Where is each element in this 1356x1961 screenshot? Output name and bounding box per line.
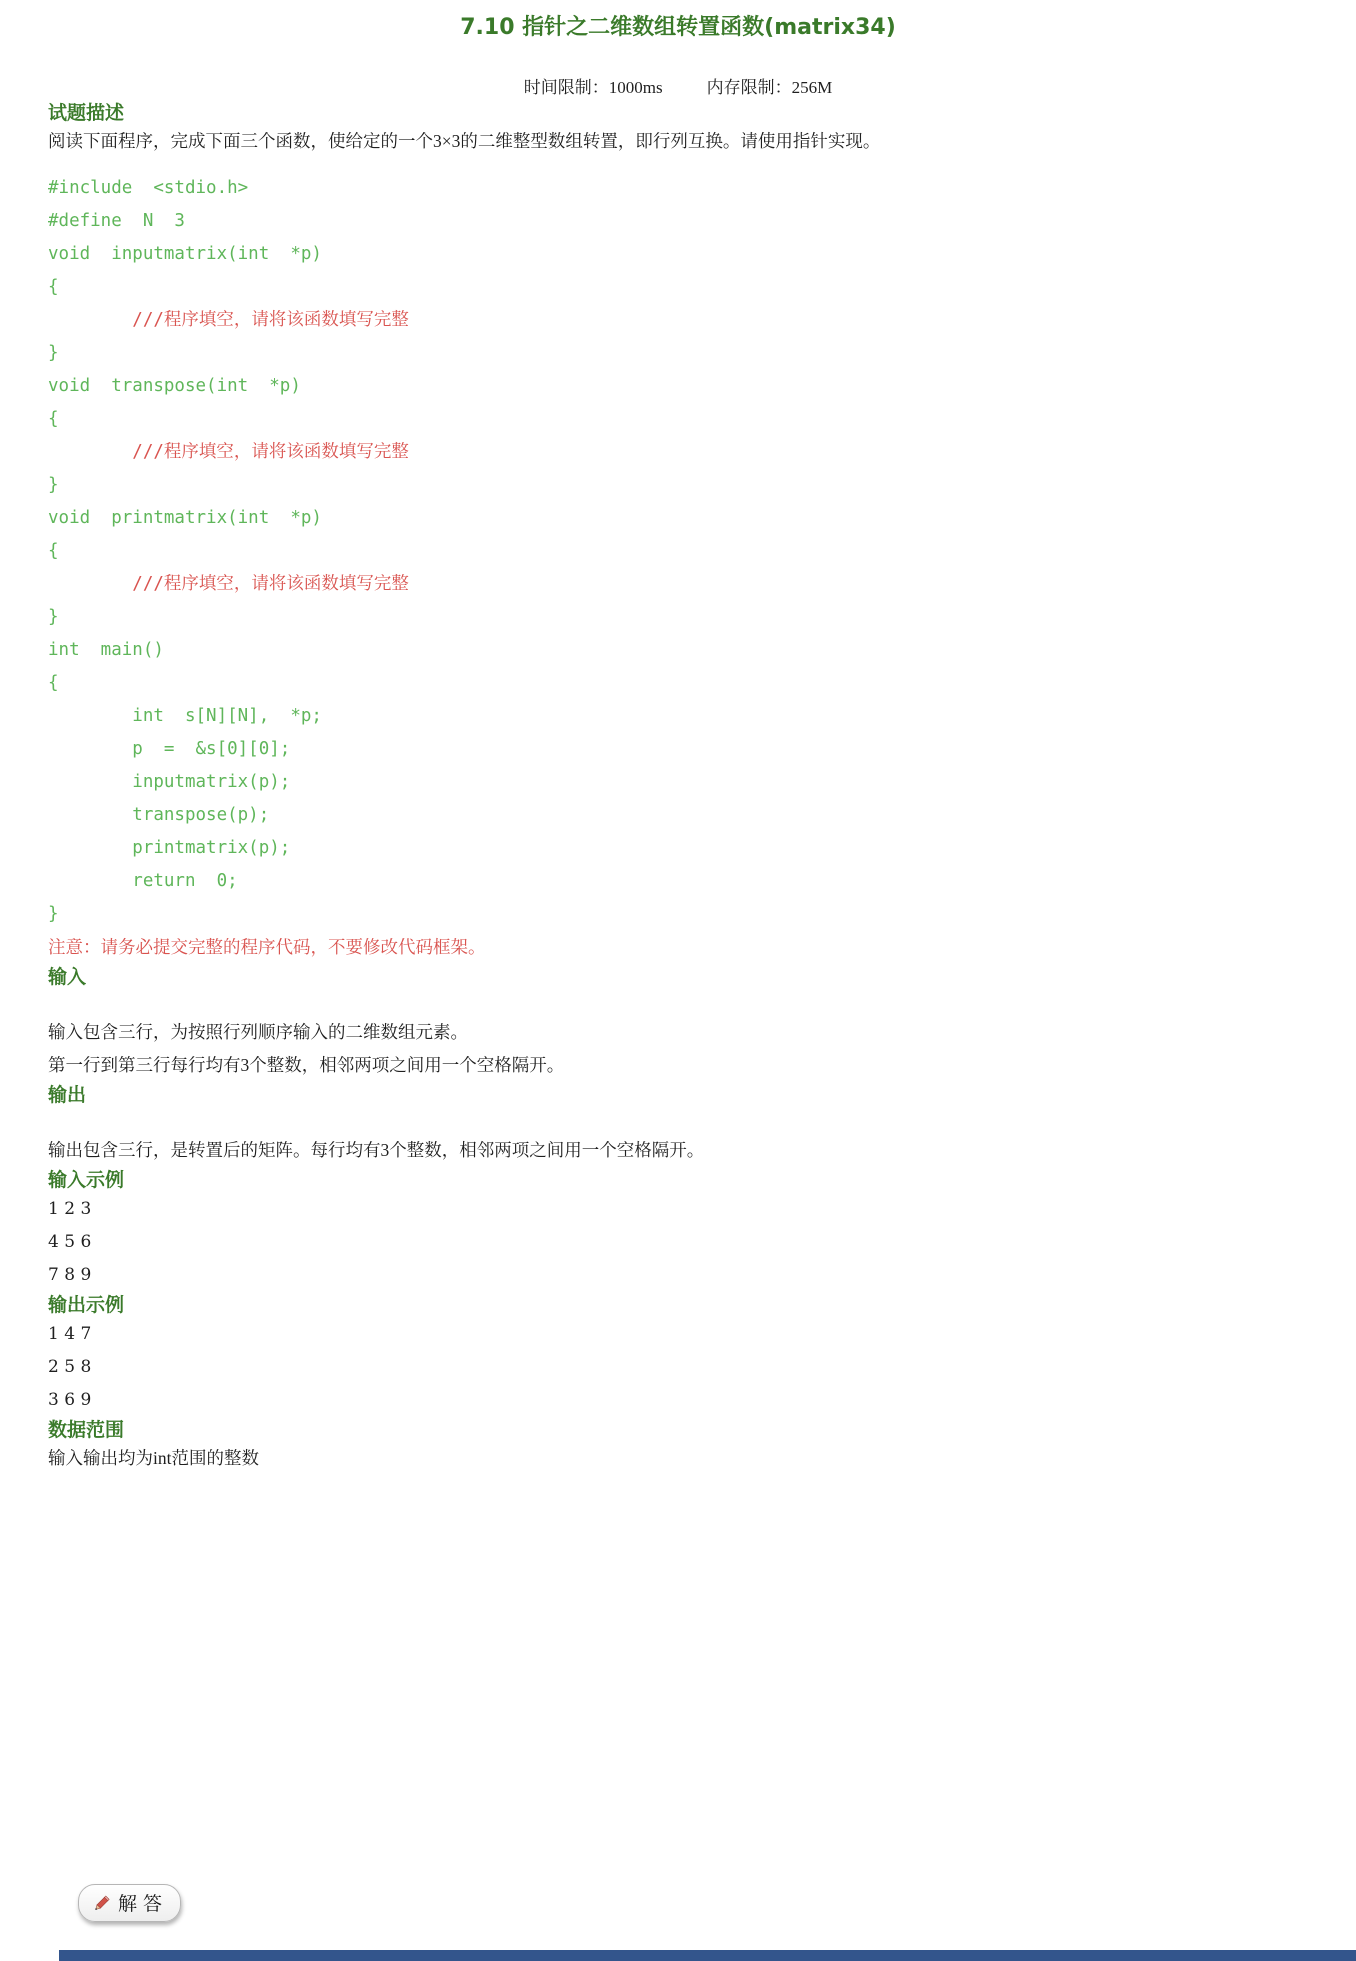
code-line: } xyxy=(48,601,1308,634)
section-heading-description: 试题描述 xyxy=(48,100,1356,126)
input-example-line: 4 5 6 xyxy=(48,1226,1308,1259)
code-line: p = &s[0][0]; xyxy=(48,733,1308,766)
code-line: } xyxy=(48,469,1308,502)
code-block: #include <stdio.h> #define N 3 void inpu… xyxy=(48,172,1308,931)
output-example-block: 1 4 7 2 5 8 3 6 9 xyxy=(48,1318,1308,1417)
code-line: #include <stdio.h> xyxy=(48,172,1308,205)
output-example-line: 3 6 9 xyxy=(48,1384,1308,1417)
section-heading-input: 输入 xyxy=(48,964,1356,990)
code-line: { xyxy=(48,403,1308,436)
code-line: { xyxy=(48,271,1308,304)
code-line: inputmatrix(p); xyxy=(48,766,1308,799)
section-heading-output: 输出 xyxy=(48,1082,1356,1108)
code-line: } xyxy=(48,898,1308,931)
input-example-line: 1 2 3 xyxy=(48,1193,1308,1226)
code-line: void inputmatrix(int *p) xyxy=(48,238,1308,271)
input-example-block: 1 2 3 4 5 6 7 8 9 xyxy=(48,1193,1308,1292)
input-description-line: 第一行到第三行每行均有3个整数，相邻两项之间用一个空格隔开。 xyxy=(48,1049,1308,1082)
code-line: int s[N][N], *p; xyxy=(48,700,1308,733)
section-heading-data-range: 数据范围 xyxy=(48,1417,1356,1443)
output-description-line: 输出包含三行，是转置后的矩阵。每行均有3个整数，相邻两项之间用一个空格隔开。 xyxy=(48,1134,1308,1167)
description-text: 阅读下面程序，完成下面三个函数，使给定的一个3×3的二维整型数组转置，即行列互换… xyxy=(48,126,1308,156)
code-line: ///程序填空，请将该函数填写完整 xyxy=(48,304,1308,337)
code-line: { xyxy=(48,667,1308,700)
section-heading-input-example: 输入示例 xyxy=(48,1167,1356,1193)
code-line: transpose(p); xyxy=(48,799,1308,832)
input-example-line: 7 8 9 xyxy=(48,1259,1308,1292)
section-heading-output-example: 输出示例 xyxy=(48,1292,1356,1318)
answer-button[interactable]: 解 答 xyxy=(78,1884,181,1922)
input-description-line: 输入包含三行，为按照行列顺序输入的二维数组元素。 xyxy=(48,1016,1308,1049)
code-line: ///程序填空，请将该函数填写完整 xyxy=(48,568,1308,601)
limits-line: 时间限制：1000ms内存限制：256M xyxy=(0,76,1356,100)
code-line: return 0; xyxy=(48,865,1308,898)
bottom-bar xyxy=(59,1950,1356,1961)
code-line: { xyxy=(48,535,1308,568)
output-example-line: 1 4 7 xyxy=(48,1318,1308,1351)
problem-page: 7.10 指针之二维数组转置函数(matrix34) 时间限制：1000ms内存… xyxy=(0,0,1356,1961)
data-range-text: 输入输出均为int范围的整数 xyxy=(48,1443,1308,1473)
code-line: void printmatrix(int *p) xyxy=(48,502,1308,535)
memory-limit: 内存限制：256M xyxy=(707,78,833,97)
code-line: void transpose(int *p) xyxy=(48,370,1308,403)
code-line: int main() xyxy=(48,634,1308,667)
code-line: } xyxy=(48,337,1308,370)
output-example-line: 2 5 8 xyxy=(48,1351,1308,1384)
code-line: ///程序填空，请将该函数填写完整 xyxy=(48,436,1308,469)
output-description: 输出包含三行，是转置后的矩阵。每行均有3个整数，相邻两项之间用一个空格隔开。 xyxy=(48,1134,1308,1167)
time-limit: 时间限制：1000ms xyxy=(524,78,663,97)
submit-note: 注意：请务必提交完整的程序代码，不要修改代码框架。 xyxy=(48,931,1308,964)
input-description: 输入包含三行，为按照行列顺序输入的二维数组元素。 第一行到第三行每行均有3个整数… xyxy=(48,1016,1308,1082)
code-line: printmatrix(p); xyxy=(48,832,1308,865)
answer-button-label: 解 答 xyxy=(118,1889,162,1916)
pencil-icon xyxy=(91,1893,111,1913)
code-line: #define N 3 xyxy=(48,205,1308,238)
page-title: 7.10 指针之二维数组转置函数(matrix34) xyxy=(0,0,1356,42)
